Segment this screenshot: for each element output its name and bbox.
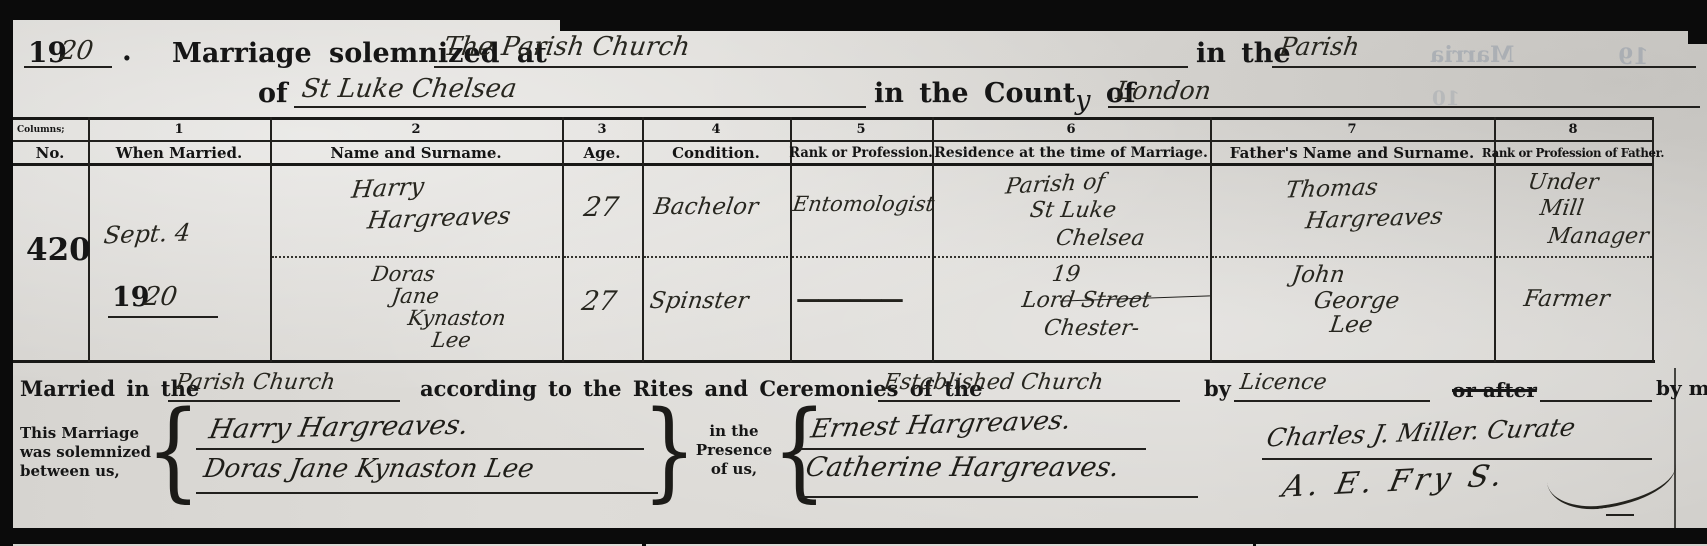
by-label: by	[1204, 376, 1231, 401]
header-church-written: St Luke Chelsea	[300, 74, 519, 104]
solemnized-label-line2: was solemnized	[20, 443, 151, 462]
bride-name-line2: Jane	[390, 284, 440, 308]
couple-brace-open: {	[146, 397, 201, 505]
table-header-divider	[13, 163, 1652, 166]
presence-label-line1: in the	[694, 422, 774, 441]
groom-residence-line1: Parish of	[1004, 169, 1106, 199]
left-edge-bar	[0, 0, 13, 546]
row-separator-condition	[644, 256, 788, 258]
solemnized-label-line1: This Marriage	[20, 424, 151, 443]
bride-name-line3: Kynaston	[406, 306, 507, 330]
col-header-name-surname: Name and Surname.	[270, 142, 562, 163]
witness1-underline	[800, 448, 1146, 450]
established-church-underline	[878, 400, 1180, 402]
county-label-part1: in the Count	[874, 78, 1075, 109]
col-header-when-married: When Married.	[88, 142, 270, 163]
or-after-underline	[1540, 400, 1652, 402]
col-header-father-name: Father's Name and Surname.	[1210, 142, 1494, 163]
col-header-age: Age.	[562, 142, 642, 163]
groom-name-line2: Hargreaves	[366, 202, 513, 235]
row-separator-profession	[792, 256, 930, 258]
bride-father-line1: John	[1290, 262, 1346, 288]
bride-signature: Doras Jane Kynaston Lee	[201, 454, 536, 484]
bride-residence-line3: Chester-	[1042, 316, 1141, 341]
presence-label-line3: of us,	[694, 460, 774, 479]
row-separator-father-rank	[1496, 256, 1652, 258]
groom-father-line2: Hargreaves	[1304, 204, 1445, 235]
header-period: .	[122, 34, 132, 67]
solemnized-label: This Marriage was solemnized between us,	[20, 424, 151, 481]
presence-label: in the Presence of us,	[694, 422, 774, 479]
row-separator-father	[1212, 256, 1492, 258]
groom-profession: Entomologist	[791, 192, 936, 216]
established-church-written: Established Church	[882, 370, 1105, 395]
groom-condition: Bachelor	[652, 194, 760, 220]
bride-profession-dash: —————	[796, 284, 901, 313]
licence-written: Licence	[1238, 370, 1328, 395]
col-number-1: 1	[88, 119, 270, 140]
witness2-underline	[798, 496, 1198, 498]
groom-father-profession-line2: Mill	[1538, 196, 1585, 221]
groom-residence-line3: Chelsea	[1054, 226, 1146, 251]
county-label-y: y	[1075, 85, 1090, 116]
header-parish-underline	[1272, 66, 1696, 68]
header-county-label: in the County of	[874, 78, 1136, 109]
col-number-3: 3	[562, 119, 642, 140]
row-separator-name	[272, 256, 560, 258]
table-bottom-border	[13, 360, 1655, 363]
row-separator-residence	[934, 256, 1208, 258]
witness1-signature: Ernest Hargreaves.	[808, 406, 1073, 445]
officiant-signature: Charles J. Miller. Curate	[1264, 413, 1577, 453]
when-married-year-underline	[108, 316, 218, 318]
bride-father-line2: George	[1312, 288, 1401, 314]
bride-name-line4: Lee	[430, 328, 472, 352]
header-of-label: of	[258, 78, 288, 109]
bottom-tick-right	[1253, 528, 1256, 546]
officiant2-flourish	[1546, 458, 1680, 515]
bride-age: 27	[580, 286, 619, 317]
entry-number: 420	[26, 232, 91, 268]
groom-father-profession-line3: Manager	[1546, 224, 1650, 249]
marriage-register-page: Marria 19 10 19 20 . Marriage solemnized…	[0, 0, 1707, 546]
col-header-father-rank: Rank or Profession of Father.	[1499, 142, 1648, 163]
bride-condition: Spinster	[648, 288, 750, 314]
row-separator-age	[564, 256, 640, 258]
col-header-no: No.	[14, 142, 86, 163]
col-number-2: 2	[270, 119, 562, 140]
col-number-7: 7	[1210, 119, 1494, 140]
header-parish-written: Parish	[1278, 32, 1362, 61]
by-me-label: by me,	[1656, 376, 1707, 400]
when-married-year-written: 20	[142, 282, 179, 312]
header-county-written: London	[1114, 76, 1213, 105]
header-place-underline	[434, 66, 1188, 68]
bride-father-profession: Farmer	[1522, 286, 1611, 312]
header-year-written: 20	[58, 36, 95, 66]
bride-name-line1: Doras	[370, 262, 436, 286]
col-number-5: 5	[790, 119, 932, 140]
col-header-residence: Residence at the time of Marriage.	[932, 142, 1210, 163]
groom-father-line1: Thomas	[1284, 174, 1380, 203]
bottom-tick-left	[642, 532, 646, 546]
top-right-corner-bar	[1688, 0, 1707, 44]
col-number-6: 6	[932, 119, 1210, 140]
bride-father-line3: Lee	[1328, 312, 1374, 338]
witness2-signature: Catherine Hargreaves.	[803, 452, 1121, 483]
columns-caption: Columns;	[14, 119, 89, 140]
solemnized-label-line3: between us,	[20, 462, 151, 481]
header-church-underline	[294, 106, 866, 108]
header-year-underline	[24, 66, 112, 68]
when-married-date: Sept. 4	[102, 219, 192, 250]
bottom-edge-bar	[0, 528, 1707, 544]
groom-father-profession-line1: Under	[1526, 170, 1600, 195]
married-in-underline	[168, 400, 400, 402]
groom-name-line1: Harry	[350, 172, 426, 204]
header-county-underline	[1108, 106, 1700, 108]
header-place-written: The Parish Church	[442, 32, 692, 62]
couple-brace-close: }	[642, 397, 697, 505]
officiant2-flourish-tick	[1606, 514, 1634, 516]
groom-signature-underline	[196, 448, 644, 450]
col-header-rank-profession: Rank or Profession.	[793, 142, 929, 163]
header-in-the-label: in the	[1196, 38, 1291, 69]
licence-underline	[1234, 400, 1430, 402]
col-number-4: 4	[642, 119, 790, 140]
top-edge-bar-right	[560, 0, 1707, 31]
presence-label-line2: Presence	[694, 441, 774, 460]
groom-age: 27	[582, 192, 621, 223]
groom-residence-line2: St Luke	[1028, 198, 1118, 223]
or-after-label-struck: or after	[1452, 378, 1537, 402]
col-header-condition: Condition.	[642, 142, 790, 163]
col-number-8: 8	[1494, 119, 1652, 140]
officiant-underline	[1262, 458, 1652, 460]
officiant2-signature: A. E. Fry S.	[1279, 458, 1509, 504]
groom-signature: Harry Hargreaves.	[207, 410, 472, 445]
bride-signature-underline	[196, 492, 658, 494]
ghost-bleed-text: Marria	[1430, 42, 1514, 68]
bride-residence-line1: 19	[1050, 262, 1082, 287]
